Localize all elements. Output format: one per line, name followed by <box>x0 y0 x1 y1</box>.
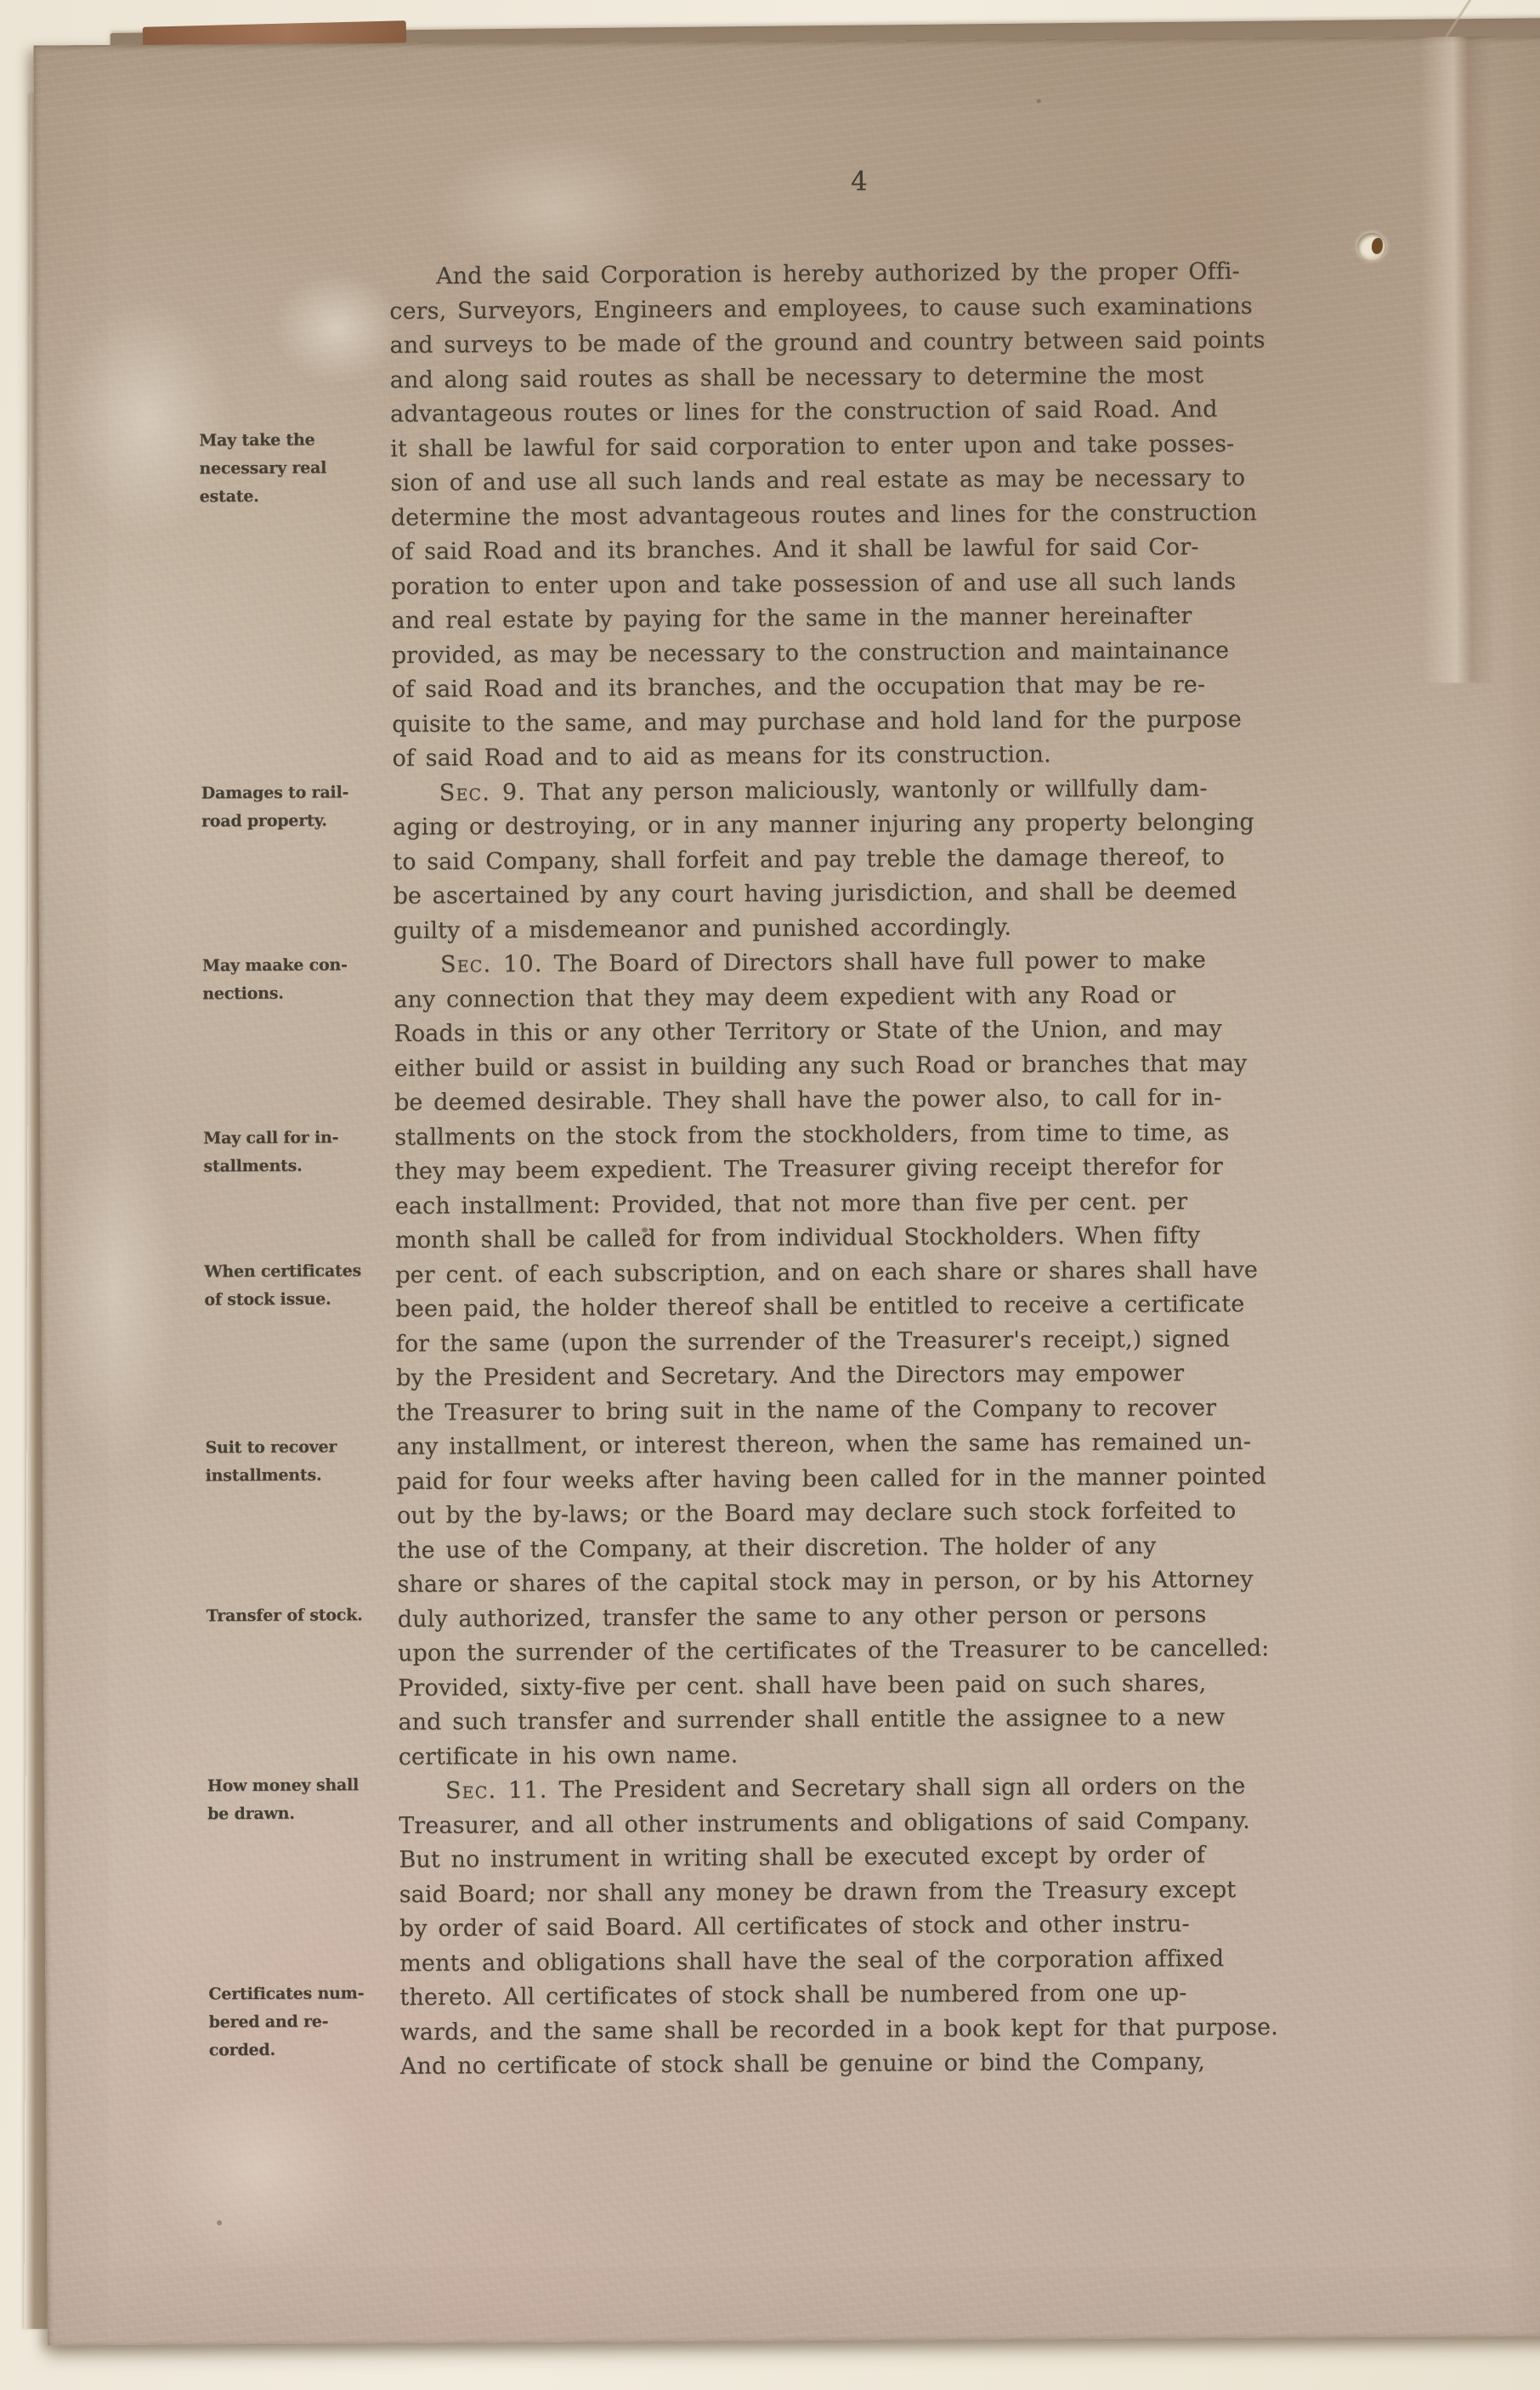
paragraph-text: The President and Secretary shall sign a… <box>399 1773 1278 2080</box>
paragraph-text: And the said Corporation is hereby autho… <box>389 258 1265 772</box>
paper-stain <box>48 1107 178 1474</box>
paragraph: Sec. 11.The President and Secretary shal… <box>399 1769 1361 2084</box>
paper-edge-shading <box>1490 37 1540 2336</box>
section-label: Sec. 9. <box>439 779 526 806</box>
margin-note: May take the necessary real estate. <box>199 426 397 511</box>
section-label: Sec. 11. <box>445 1777 548 1804</box>
margin-note: When certificates of stock issue. <box>204 1257 401 1314</box>
document-page: 4 May take the necessary real estate. Da… <box>33 37 1540 2346</box>
paper-crease <box>1418 37 1508 683</box>
paragraph: And the said Corporation is hereby autho… <box>389 254 1353 776</box>
margin-note: How money shall be drawn. <box>207 1771 405 1828</box>
margin-note: Transfer of stock. <box>207 1601 404 1630</box>
margin-note: May maake con- nections. <box>202 951 399 1008</box>
margin-note: Certificates num- bered and re- corded. <box>208 1979 406 2064</box>
paragraph-text: The Board of Directors shall have full p… <box>393 947 1269 1770</box>
body-text: And the said Corporation is hereby autho… <box>389 254 1361 2084</box>
paragraph: Sec. 10.The Board of Directors shall hav… <box>393 943 1359 1775</box>
document-scan: 4 May take the necessary real estate. Da… <box>0 0 1540 2390</box>
paper-speck <box>1037 99 1041 103</box>
paper-hole <box>1357 233 1386 260</box>
paragraph: Sec. 9.That any person maliciously, want… <box>393 771 1354 949</box>
section-label: Sec. 10. <box>440 951 543 978</box>
paper-speck <box>217 2220 222 2225</box>
paper-hole-fragment <box>1372 238 1383 254</box>
paper-stain <box>148 2066 370 2272</box>
margin-note: May call for in- stallments. <box>203 1124 400 1181</box>
margin-note: Damages to rail- road property. <box>201 779 399 835</box>
margin-note: Suit to recover installments. <box>205 1433 402 1490</box>
page-number: 4 <box>388 163 1330 200</box>
paper-stain <box>273 273 401 384</box>
